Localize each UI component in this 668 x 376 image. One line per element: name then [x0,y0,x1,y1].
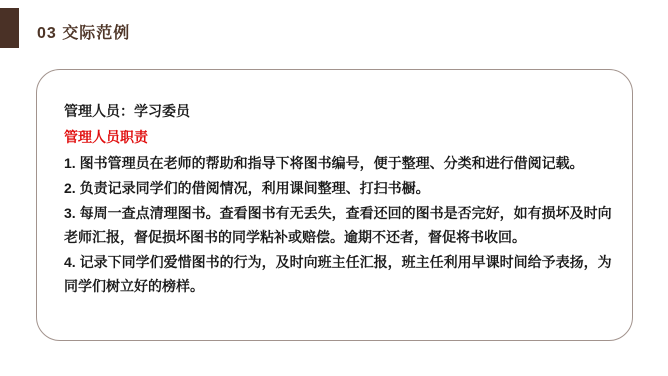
duties-heading: 管理人员职责 [64,124,624,150]
content-panel: 管理人员：学习委员 管理人员职责 1. 图书管理员在老师的帮助和指导下将图书编号… [36,69,633,341]
duty-item-4: 4. 记录下同学们爱惜图书的行为，及时向班主任汇报，班主任利用早课时间给予表扬，… [64,250,624,298]
duty-item-1: 1. 图书管理员在老师的帮助和指导下将图书编号，便于整理、分类和进行借阅记载。 [64,151,624,175]
title-accent-square [0,8,19,48]
slide-canvas: 03 交际范例 管理人员：学习委员 管理人员职责 1. 图书管理员在老师的帮助和… [0,0,668,376]
duty-item-2: 2. 负责记录同学们的借阅情况，利用课间整理、打扫书橱。 [64,176,624,200]
manager-line: 管理人员：学习委员 [64,98,624,124]
duty-item-3: 3. 每周一查点清理图书。查看图书有无丢失，查看还回的图书是否完好，如有损坏及时… [64,201,624,249]
page-title: 03 交际范例 [37,20,130,43]
